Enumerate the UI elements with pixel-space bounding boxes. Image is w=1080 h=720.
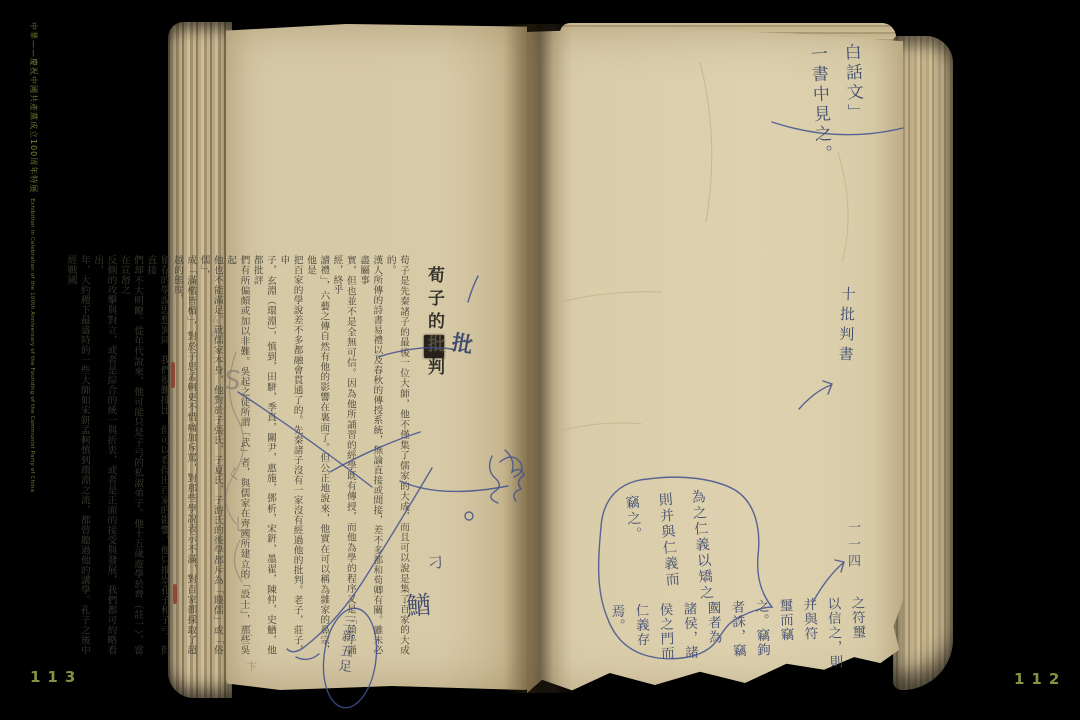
annotation-column: 國者為: [700, 600, 728, 705]
annotation-column: 仁義存: [628, 603, 656, 708]
pencil-margin-note: 六·孟子的: [210, 298, 221, 354]
print-column: 子，玄淵（環淵），慎到，田駢，季真，關尹，惠施，鄧析，宋銒，墨翟，陳仲，史鰌，他…: [250, 255, 277, 655]
annotation-shipipanshu: 十批判書: [834, 286, 859, 403]
annotation-qiu-character: 鰌: [405, 585, 432, 623]
annotation-column: 璽而竊: [772, 598, 800, 703]
print-column: 反側的攻擊與對立，或者是綜合的統一與折衷，或者是正面的接受與發展，我們都可約略看…: [91, 255, 118, 655]
exhibition-caption-en: Exhibition in Celebration of the 100th A…: [29, 198, 35, 492]
annotation-column: 諸侯，諸: [676, 601, 704, 706]
print-column: 把百家的學說差不多都融會貫通了的。先秦諸子沒有一家沒有經過他的批判。老子，莊子，…: [277, 255, 304, 655]
annotation-column: 并與符: [796, 597, 824, 702]
exhibition-caption-zh: 中華——慶祝中國共產黨成立100周年特展: [29, 22, 38, 193]
pencil-scribble: く: [225, 461, 243, 486]
chapter-title: 荀子的批判: [422, 266, 447, 436]
exhibition-caption: 中華——慶祝中國共產黨成立100周年特展 Exhibition in Celeb…: [27, 22, 46, 362]
annotation-diao-character: 刁: [427, 551, 444, 573]
printed-text-block: 荀子是先秦諸子的最後一位大師，他不僅集了儒家的大成，而且可以說是集了百家的大成的…: [236, 255, 410, 655]
annotation-column: 焉。: [604, 604, 632, 709]
print-column: 實，但也並不是全無可信。因為他所誦習的經學既有傳授，而他為學的程序又是「始乎誦經…: [330, 255, 357, 655]
annotation-column: 者誅，竊: [724, 600, 752, 705]
pencil-scribble: 一八丨: [236, 550, 251, 610]
annotation-column: 之符璽: [844, 595, 872, 700]
inked-over-character: 批: [424, 335, 444, 358]
print-column: 年，大約稷下最盛時的一些大師如宋鈃孟軻慎到環淵之流，都曾聽過他的講學。孔子之後中…: [64, 255, 91, 655]
left-page-number: 113: [30, 668, 82, 686]
pencil-scribble: 卞: [246, 658, 257, 674]
print-column: 漢人所傳的詩書易禮以及春秋的傳授系統，無論直接或間接，差不多都和荀卿有關。雖未必…: [357, 255, 384, 655]
annotation-column: 之。竊鉤: [748, 599, 776, 704]
annotation-page-ref-114: 一一四: [843, 520, 862, 584]
print-column: 讀禮」，六藝之傳自然有他的影響在裏面了。但公正地說來，他實在可以稱為雜家的鼻宗，…: [304, 255, 331, 655]
print-column: 們却不大明瞭。從年代說來，他可能只是子弓的私淑弟子。他十五歲遊學於齊（註一），當…: [117, 255, 144, 655]
print-column: 留存的學說思想異同，我們很難排比，但可以看得出百家的影響。他只推崇孔子和子弓，但…: [144, 255, 171, 655]
annotation-column: 以信之，則: [820, 596, 848, 701]
annotation-zhuangzi-quote: 之符璽 以信之，則 并與符 璽而竊 之。竊鉤 者誅，竊 國者為 諸侯，諸 侯之門…: [604, 595, 871, 708]
chapter-title-suffix: 判: [424, 358, 444, 381]
annotation-column: 侯之門而: [652, 602, 680, 707]
chapter-title-prefix: 荀子的: [424, 266, 444, 335]
pencil-scribble: 五: [240, 620, 253, 639]
right-page-number: 112: [1014, 670, 1066, 688]
annotation-baihuawen: 白話文」 一書中見之。: [799, 42, 876, 225]
print-column: 成「滿檻皆楯」，對於子思孟軻更不惜痛加斥罵，對那些學說表示不滿，對百家都採取了超…: [171, 255, 198, 655]
pencil-scribble: 乚: [234, 512, 250, 535]
